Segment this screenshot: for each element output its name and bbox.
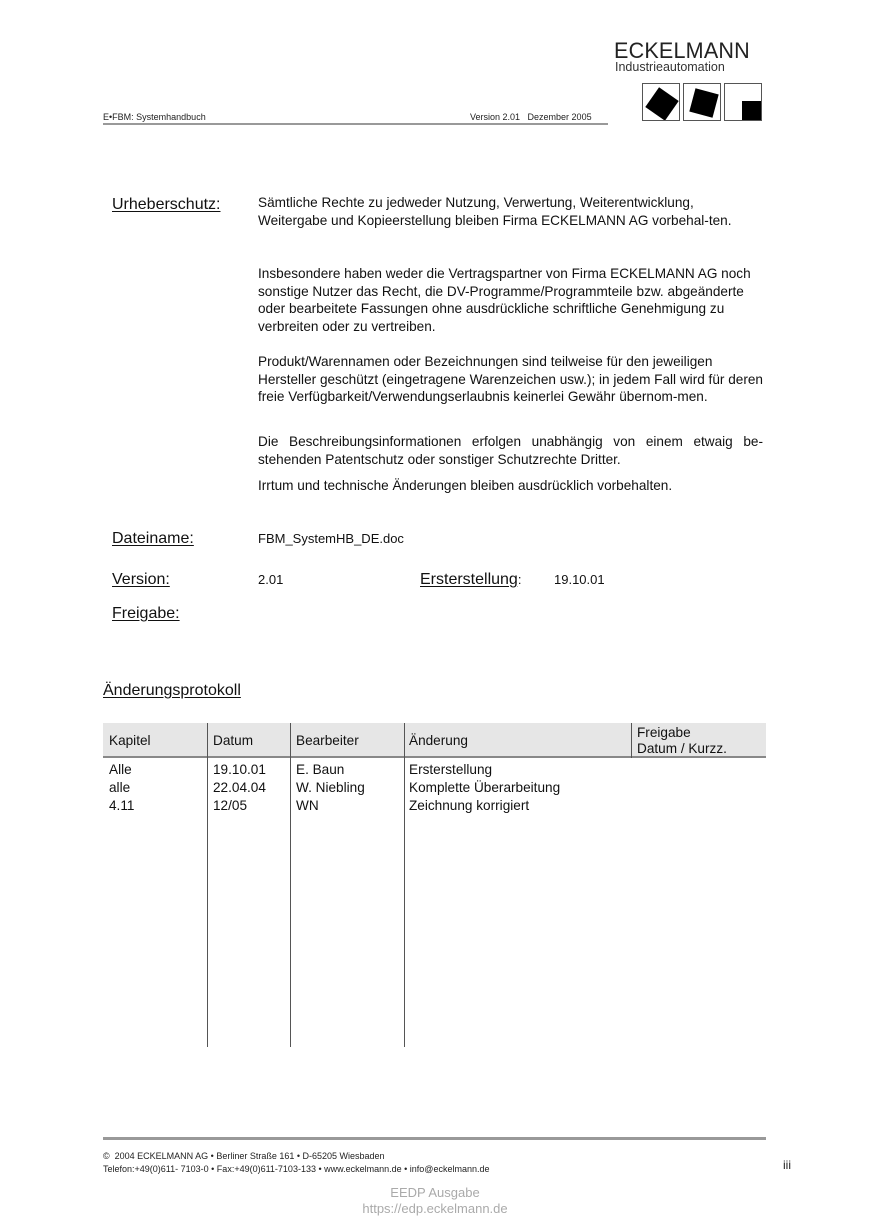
copyright-paragraph-1: Sämtliche Rechte zu jedweder Nutzung, Ve… bbox=[258, 194, 763, 229]
cell-aenderung: Komplette Überarbeitung bbox=[409, 779, 560, 797]
table-row: alle 22.04.04 W. Niebling Komplette Über… bbox=[103, 779, 766, 797]
cell-kapitel: 4.11 bbox=[109, 797, 134, 815]
watermark: EEDP Ausgabe https://edp.eckelmann.de bbox=[0, 1185, 870, 1217]
copyright-paragraph-5: Irrtum und technische Änderungen bleiben… bbox=[258, 477, 763, 495]
header-version-date: Version 2.01 Dezember 2005 bbox=[470, 112, 592, 122]
header-divider bbox=[103, 123, 608, 125]
cell-datum: 12/05 bbox=[213, 797, 247, 815]
copyright-paragraph-3: Produkt/Warennamen oder Bezeichnungen si… bbox=[258, 353, 763, 406]
filename-label: Dateiname: bbox=[112, 530, 194, 548]
page-number: iii bbox=[783, 1158, 791, 1172]
watermark-line-1: EEDP Ausgabe bbox=[0, 1185, 870, 1201]
created-label: Ersterstellung bbox=[420, 571, 518, 588]
cell-aenderung: Zeichnung korrigiert bbox=[409, 797, 529, 815]
cell-datum: 22.04.04 bbox=[213, 779, 266, 797]
created-colon: : bbox=[518, 572, 522, 587]
column-header-freigabe-line1: Freigabe bbox=[637, 725, 727, 741]
footer-line-2: Telefon:+49(0)611- 7103-0 • Fax:+49(0)61… bbox=[103, 1163, 489, 1176]
logo-tilted-square-icon bbox=[683, 83, 721, 121]
column-header-bearbeiter: Bearbeiter bbox=[296, 733, 359, 748]
column-header-freigabe: Freigabe Datum / Kurzz. bbox=[637, 725, 727, 757]
footer-address: © 2004 ECKELMANN AG • Berliner Straße 16… bbox=[103, 1150, 489, 1176]
footer-divider bbox=[103, 1137, 766, 1140]
company-logo-subtitle: Industrieautomation bbox=[615, 60, 725, 74]
copyright-paragraph-2: Insbesondere haben weder die Vertragspar… bbox=[258, 265, 763, 335]
copyright-label: Urheberschutz: bbox=[112, 196, 221, 214]
column-header-freigabe-line2: Datum / Kurzz. bbox=[637, 741, 727, 757]
footer-line-1: © 2004 ECKELMANN AG • Berliner Straße 16… bbox=[103, 1150, 489, 1163]
table-row: 4.11 12/05 WN Zeichnung korrigiert bbox=[103, 797, 766, 815]
created-field: Ersterstellung: bbox=[420, 571, 521, 589]
cell-kapitel: alle bbox=[109, 779, 130, 797]
column-divider bbox=[631, 723, 632, 758]
version-label: Version: bbox=[112, 571, 170, 589]
table-row: Alle 19.10.01 E. Baun Ersterstellung bbox=[103, 761, 766, 779]
company-logo-graphic bbox=[642, 83, 762, 121]
cell-bearbeiter: WN bbox=[296, 797, 319, 815]
copyright-paragraph-4: Die Beschreibungsinformationen erfolgen … bbox=[258, 433, 763, 468]
column-header-datum: Datum bbox=[213, 733, 253, 748]
cell-datum: 19.10.01 bbox=[213, 761, 266, 779]
cell-kapitel: Alle bbox=[109, 761, 132, 779]
watermark-line-2: https://edp.eckelmann.de bbox=[0, 1201, 870, 1217]
cell-aenderung: Ersterstellung bbox=[409, 761, 492, 779]
logo-rotated-square-icon bbox=[642, 83, 680, 121]
changelog-title: Änderungsprotokoll bbox=[103, 682, 241, 700]
release-label: Freigabe: bbox=[112, 605, 180, 623]
column-header-aenderung: Änderung bbox=[409, 733, 468, 748]
filename-value: FBM_SystemHB_DE.doc bbox=[258, 531, 404, 546]
created-value: 19.10.01 bbox=[554, 572, 605, 587]
cell-bearbeiter: E. Baun bbox=[296, 761, 344, 779]
header-doc-title: E•FBM: Systemhandbuch bbox=[103, 112, 206, 122]
version-value: 2.01 bbox=[258, 572, 283, 587]
column-header-kapitel: Kapitel bbox=[109, 733, 151, 748]
logo-corner-square-icon bbox=[724, 83, 762, 121]
cell-bearbeiter: W. Niebling bbox=[296, 779, 365, 797]
